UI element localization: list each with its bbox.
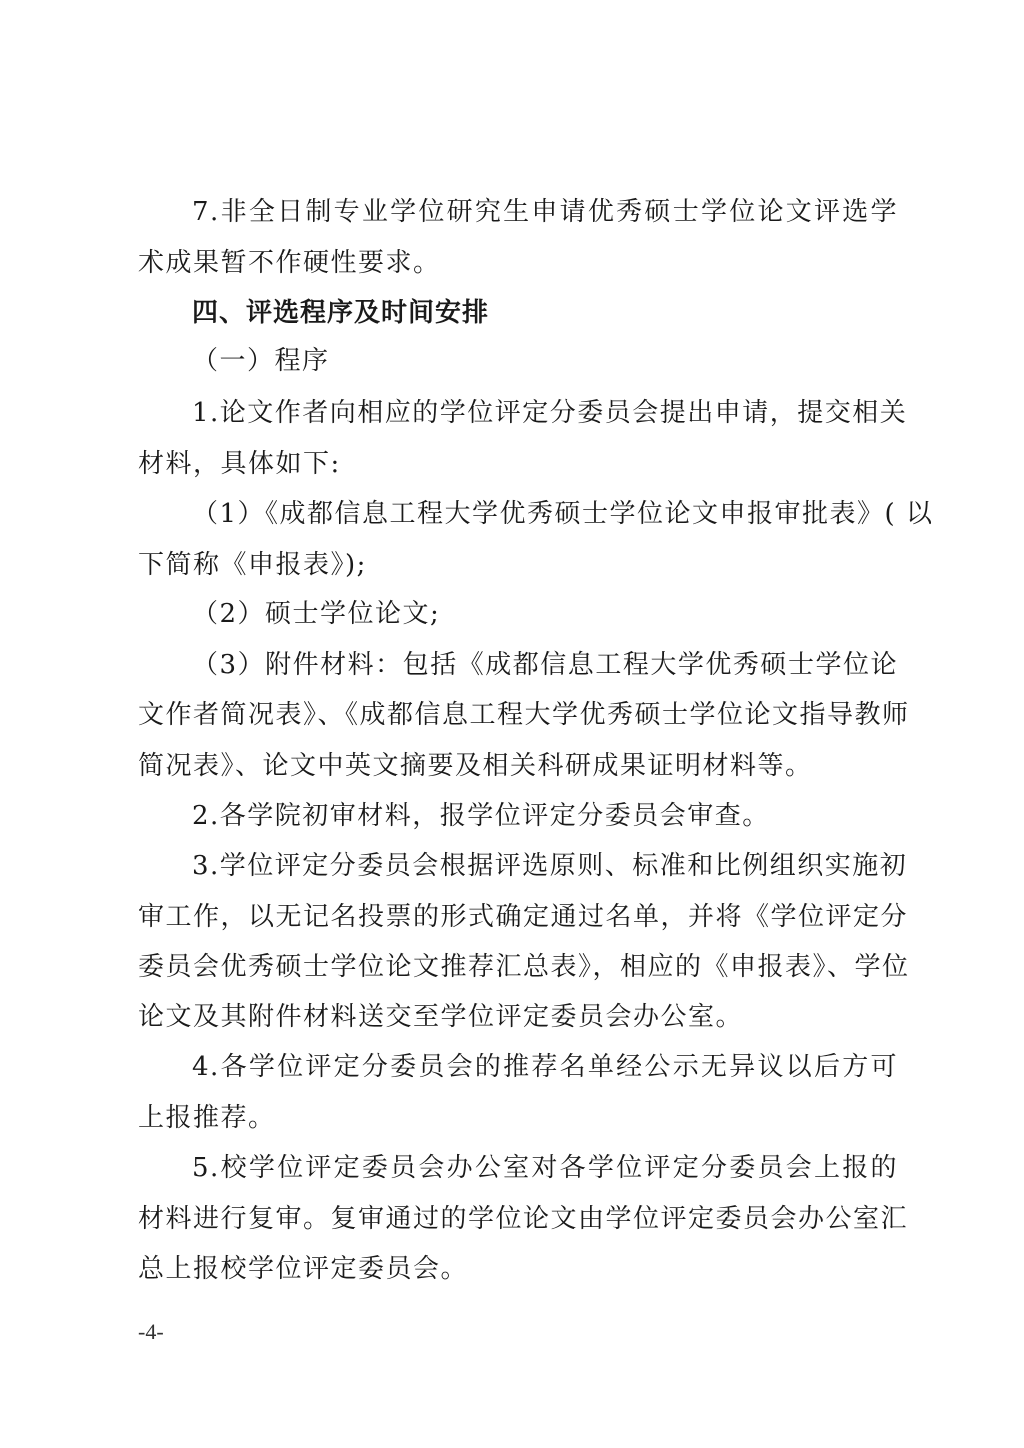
- text-line: （一）程序: [192, 345, 898, 377]
- text-line: （2）硕士学位论文;: [192, 598, 898, 630]
- text-line: 委员会优秀硕士学位论文推荐汇总表》，相应的《申报表》、学位: [138, 951, 898, 983]
- text-line: 简况表》、论文中英文摘要及相关科研成果证明材料等。: [138, 750, 898, 782]
- text-line: 7.非全日制专业学位研究生申请优秀硕士学位论文评选学: [192, 196, 898, 228]
- text-line: （1）《成都信息工程大学优秀硕士学位论文申报审批表》( 以: [192, 498, 898, 530]
- text-line: 材料，具体如下:: [138, 448, 898, 480]
- page-number: -4-: [138, 1318, 164, 1346]
- text-line: 4.各学位评定分委员会的推荐名单经公示无异议以后方可: [192, 1051, 898, 1083]
- text-line: 1.论文作者向相应的学位评定分委员会提出申请，提交相关: [192, 397, 898, 429]
- text-line: 论文及其附件材料送交至学位评定委员会办公室。: [138, 1001, 898, 1033]
- text-line: （3）附件材料：包括《成都信息工程大学优秀硕士学位论: [192, 649, 898, 681]
- text-line: 材料进行复审。复审通过的学位论文由学位评定委员会办公室汇: [138, 1203, 898, 1235]
- text-line: 3.学位评定分委员会根据评选原则、标准和比例组织实施初: [192, 850, 898, 882]
- text-line: 2.各学院初审材料，报学位评定分委员会审查。: [192, 800, 898, 832]
- text-line: 上报推荐。: [138, 1102, 898, 1134]
- document-page: -4- 7.非全日制专业学位研究生申请优秀硕士学位论文评选学术成果暂不作硬性要求…: [0, 0, 1024, 1448]
- text-line: 5.校学位评定委员会办公室对各学位评定分委员会上报的: [192, 1152, 898, 1184]
- text-line: 术成果暂不作硬性要求。: [138, 247, 898, 279]
- text-line: 审工作，以无记名投票的形式确定通过名单，并将《学位评定分: [138, 901, 898, 933]
- text-line: 总上报校学位评定委员会。: [138, 1253, 898, 1285]
- text-line: 下简称《申报表》);: [138, 549, 898, 581]
- section-heading: 四、评选程序及时间安排: [192, 297, 898, 329]
- text-line: 文作者简况表》、《成都信息工程大学优秀硕士学位论文指导教师: [138, 699, 898, 731]
